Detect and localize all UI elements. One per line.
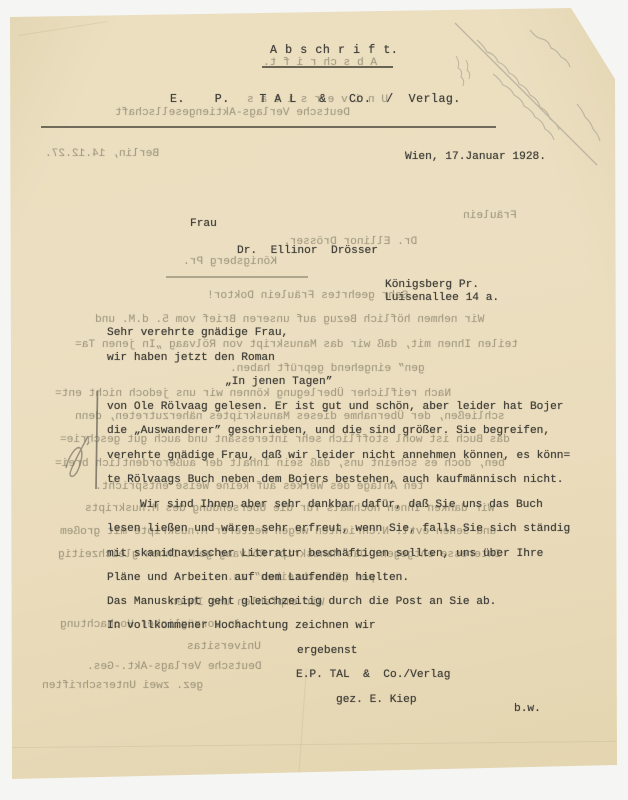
publisher-letterhead: E. P. T A L & Co. / Verlag.: [170, 93, 461, 106]
typed-line: te Rölvaags Buch neben dem Bojers besteh…: [107, 474, 564, 487]
bleedthrough-line: Sehr geehrtes Fräulein Doktor!: [207, 290, 408, 303]
typed-line: gez. E. Kiep: [336, 694, 417, 707]
typed-line: von Ole Rölvaag gelesen. Er ist gut und …: [107, 401, 564, 414]
bleedthrough-line: Deutsche Verlags-Aktiengesellschaft: [115, 107, 350, 120]
bleedthrough-line: gez. zwei Unterschriften: [42, 680, 203, 693]
typed-line: E.P. TAL & Co./Verlag: [296, 669, 450, 682]
scanned-letter-page: A b s ch r i f t.U n i v e r s i t a sDe…: [0, 0, 628, 800]
typed-line: ergebenst: [297, 645, 357, 658]
typed-line: Sehr verehrte gnädige Frau,: [107, 327, 288, 340]
bleedthrough-line: Universitas: [187, 641, 261, 654]
typed-line: Pläne und Arbeiten auf dem Laufenden hie…: [107, 572, 409, 585]
recipient-name: Dr. Ellinor Drösser: [237, 245, 378, 258]
bleedthrough-line: teilen Ihnen mit, daß wir das Manuskript…: [75, 339, 518, 352]
paper-crease: [298, 668, 307, 780]
typed-line: verehrte gnädige Frau, daß wir leider ni…: [107, 450, 570, 463]
recipient-city: Königsberg Pr.: [385, 279, 479, 292]
letterhead-underline: [41, 126, 496, 128]
typed-line: Das Manuskript geht gleichzeitig durch d…: [107, 596, 496, 609]
recipient-underline: [166, 276, 308, 278]
bleedthrough-line: Wir nehmen höflich Bezug auf unseren Bri…: [95, 314, 484, 327]
bleedthrough-line: A b s ch r i f t.: [263, 57, 377, 70]
recipient-title: Frau: [190, 218, 217, 231]
typed-line: wir haben jetzt den Roman: [107, 352, 275, 365]
recipient-street: Luisenallee 14 a.: [385, 292, 499, 305]
copy-heading: A b s ch r i f t.: [270, 44, 398, 57]
dateline: Wien, 17.Januar 1928.: [405, 151, 546, 164]
paper-crease: [18, 21, 107, 36]
typed-line: die „Auswanderer” geschrieben, und die s…: [107, 425, 550, 438]
paper-crease: [10, 741, 617, 748]
typed-line: mit skanidnavischer Literatur beschäftig…: [107, 548, 543, 561]
bleedthrough-line: Nach reiflicher Überlegung können wir un…: [55, 388, 451, 401]
typed-line: In vollkommener Hochachtung zeichnen wir: [107, 620, 376, 633]
typed-line: „In jenen Tagen”: [225, 376, 332, 389]
typed-line: lesen ließen und wären sehr erfreut, wen…: [107, 523, 570, 536]
heading-underline: [262, 66, 393, 68]
bleedthrough-line: Berlin, 14.12.27.: [45, 148, 159, 161]
bleedthrough-line: Fräulein: [463, 210, 517, 223]
typed-line: Wir sind Ihnen aber sehr dankbar dafür, …: [140, 499, 543, 512]
bleedthrough-line: Deutsche Verlags-Akt.-Ges.: [87, 661, 262, 674]
typed-line: b.w.: [514, 703, 541, 716]
